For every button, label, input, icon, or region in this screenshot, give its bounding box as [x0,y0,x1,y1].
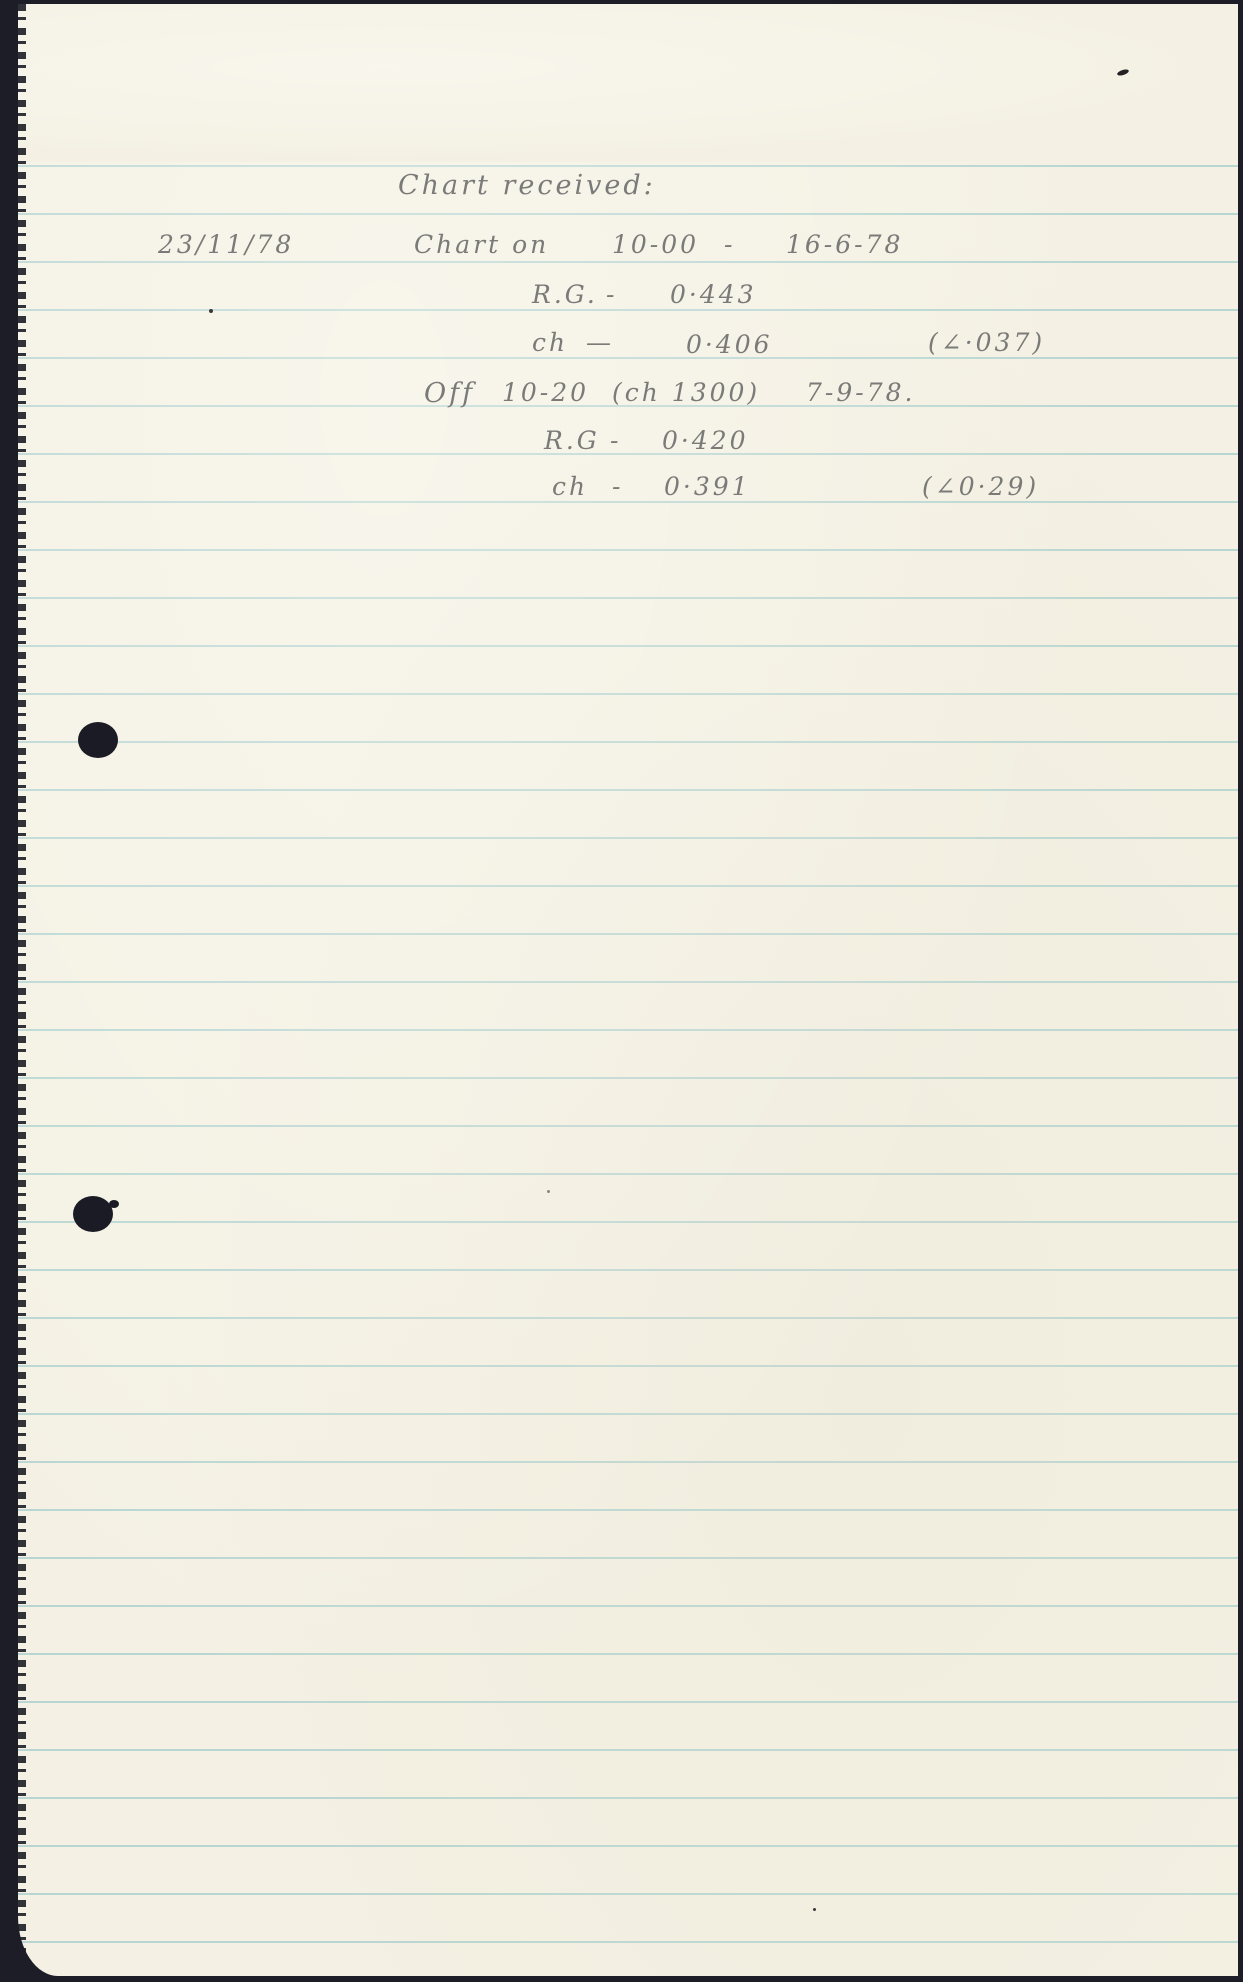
scanned-page: Chart received: 23/11/78 Chart on 10-00 … [0,0,1243,1982]
entry-date: 23/11/78 [158,232,294,257]
punch-hole-top [78,722,118,758]
line-5-value: 0·420 [662,428,749,453]
line-6-note: (∠0·29) [922,474,1039,499]
line-6-value: 0·391 [664,474,751,499]
line-2-value: 0·443 [670,282,757,307]
pencil-speck [209,309,213,313]
line-4-label: Off [424,380,475,407]
line-6-separator: - [612,474,623,499]
line-3-note: (∠·037) [928,330,1045,355]
pencil-speck [547,1190,550,1193]
line-1-date: 16-6-78 [786,232,903,257]
line-3-separator: — [586,330,614,355]
line-1-separator: - [724,232,735,257]
pencil-speck [813,1908,816,1911]
torn-left-edge [14,4,26,1976]
line-2-label: R.G. [532,282,598,307]
line-3-label: ch [532,330,568,355]
line-4-date: 7-9-78. [806,380,915,405]
top-margin [18,4,1238,162]
line-4-value: 10-20 [502,380,589,405]
line-3-value: 0·406 [686,332,773,357]
line-1-value: 10-00 [612,232,699,257]
line-1-label: Chart on [414,232,549,257]
line-6-label: ch [552,474,588,499]
ruled-paper [18,4,1238,1976]
line-2-separator: - [606,282,617,307]
punch-hole-bottom [73,1196,113,1232]
line-4-detail: (ch 1300) [612,380,760,405]
line-5-label: R.G [544,428,600,453]
line-5-separator: - [610,428,621,453]
heading-chart-received: Chart received: [398,172,656,199]
